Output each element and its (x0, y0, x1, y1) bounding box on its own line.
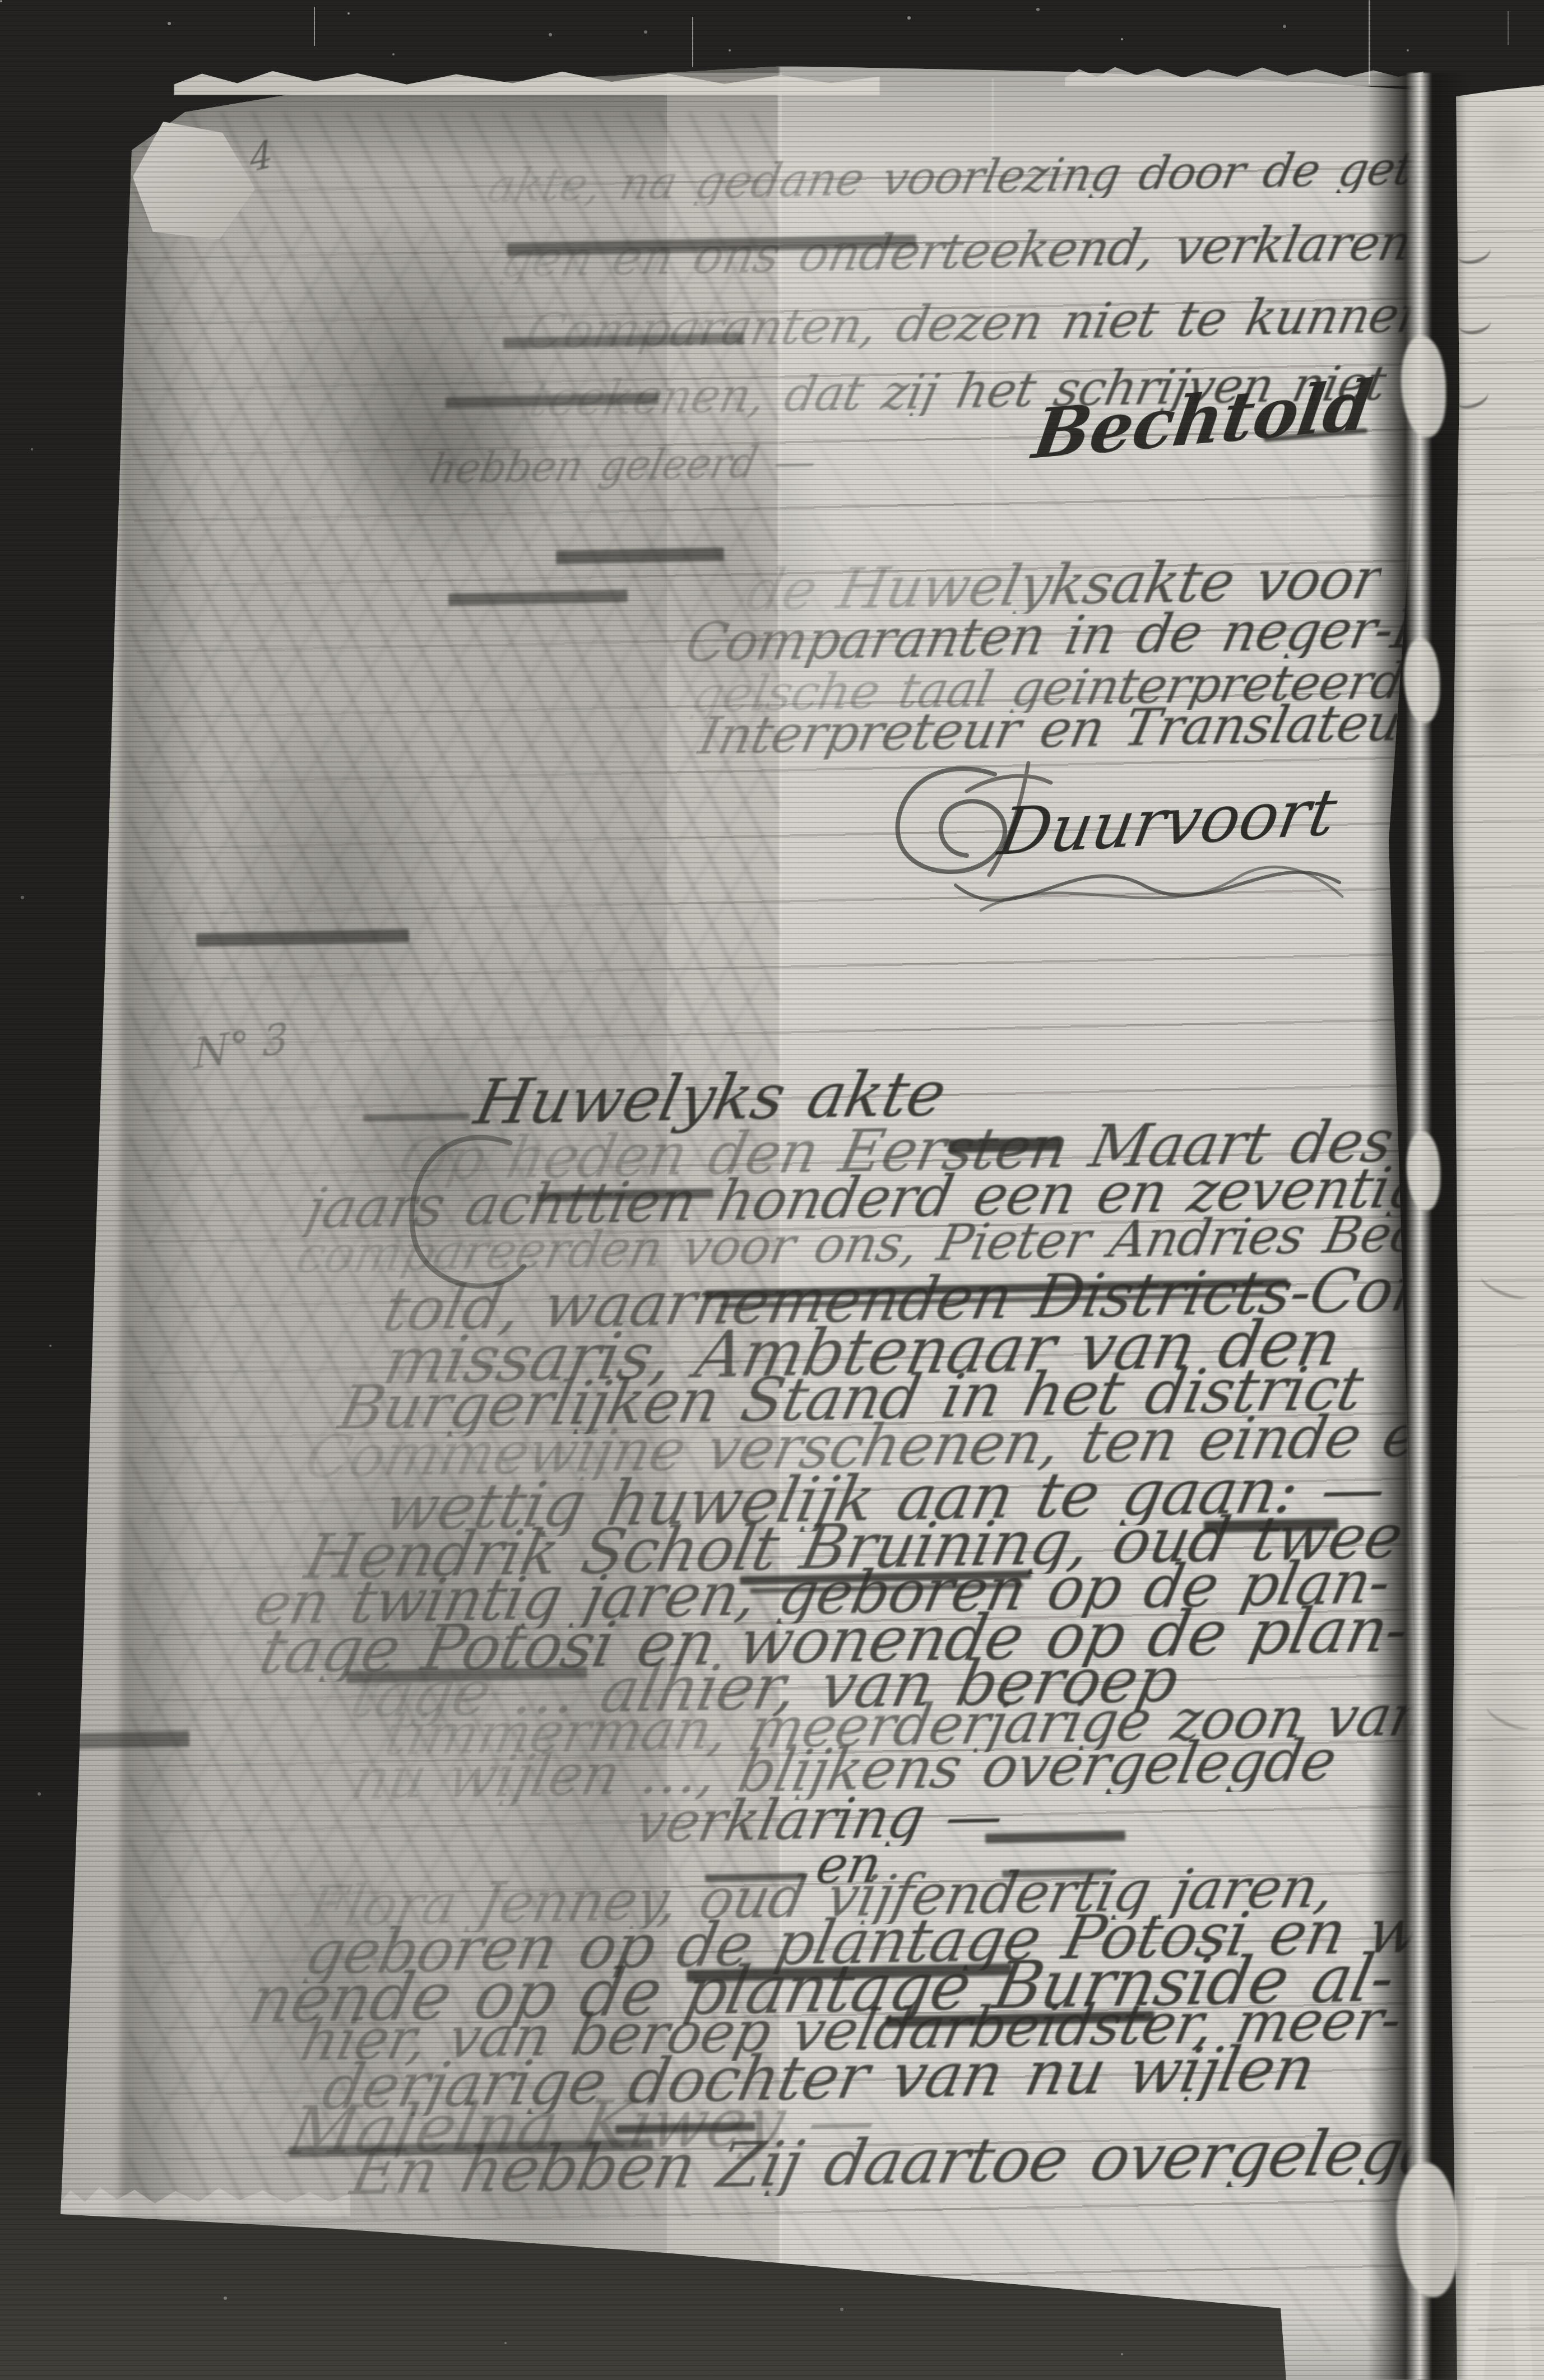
crease-line (992, 78, 994, 538)
act-line: nende op de plantage Burnside al- (244, 1946, 1400, 2033)
act-line: verklaring — (630, 1788, 1008, 1851)
dash-mark (1204, 1518, 1338, 1533)
ink-smear-bar (446, 393, 659, 408)
smudge-blob (213, 168, 605, 560)
act-line: hier, van beroep veldarbeidster, meer- (296, 1991, 1407, 2069)
heading-dash (363, 1113, 470, 1122)
closing-line: Comparanten, dezen niet te kunnen (522, 290, 1434, 356)
interpreter-line: de Huwelyksakte voor (742, 551, 1386, 619)
smudge-blob (291, 980, 583, 1328)
ink-smear-bar (503, 332, 744, 348)
underline-bar (740, 1570, 1031, 1585)
dash-mark (985, 1830, 1125, 1843)
mid-tonal-column (667, 73, 782, 2380)
act-line: En hebben Zij daartoe overgelegd: (345, 2120, 1468, 2205)
act-line: Flora Jenney, oud vijfendertig jaren, (302, 1860, 1340, 1936)
act-line: Hendrik Scholt Bruining, oud twee (300, 1505, 1408, 1588)
closing-line: akte, na gedane voorlezing door de getui… (484, 145, 1476, 210)
bright-tonal-column (778, 67, 1420, 2380)
dash-mark (615, 2122, 755, 2133)
dash-mark (1002, 1868, 1111, 1877)
act-line: wettig huwelijk aan te gaan: — (379, 1458, 1391, 1540)
smudge-blob (392, 2062, 673, 2286)
dust-specks (0, 0, 2, 2)
show-through-hatch (813, 168, 1401, 672)
dash-mark (705, 1872, 806, 1882)
closing-line: hebben geleerd — (425, 441, 819, 490)
scratch-line (1508, 11, 1509, 45)
smudge-blob (168, 644, 504, 1093)
interpreter-line: Interpreteur en Translateur (694, 696, 1430, 762)
act-line: nu wijlen …, blijkens overgelegde (346, 1732, 1341, 1809)
crease-line (1289, 146, 1290, 538)
act-line: geboren op de plantage Potosi en wo- (300, 1900, 1482, 1984)
ink-smear-bar (49, 1731, 190, 1749)
ink-smear-bar (507, 234, 916, 256)
ink-smear-bar (289, 2139, 653, 2158)
closing-line: gen en ons onderteekend, verklaren de (497, 216, 1496, 285)
bottom-torn-fringe (59, 2184, 350, 2216)
act-line: timmerman, meerderjarige zoon van (381, 1688, 1432, 1764)
ink-smear-bar (556, 547, 724, 564)
signature-swash-flourish (947, 843, 1351, 936)
strip-ink-marks (1457, 594, 1544, 796)
ink-smear-bar (346, 1666, 587, 1683)
act-line: Commewijne verschenen, ten einde een (300, 1405, 1495, 1486)
underline-bar (885, 2011, 1154, 2028)
scratch-line (692, 17, 693, 67)
act-line: Op heden den Eersten Maart des (394, 1112, 1398, 1189)
interpreter-signature: Duurvoort (994, 779, 1341, 865)
closing-signature: Bechtold (1029, 371, 1376, 469)
act-line: compareerden voor ons, Pieter Andries Be… (292, 1208, 1472, 1281)
smudge-blob (241, 1373, 588, 1821)
underline-bar (705, 1278, 1288, 1299)
interpreter-line: Comparanten in de neger-En- (681, 602, 1487, 671)
scan-background: akte, na gedane voorlezing door de getui… (0, 0, 1544, 2380)
smudge-blob (476, 1149, 712, 2380)
show-through-hatch (146, 224, 762, 2129)
main-page-sheet: akte, na gedane voorlezing door de getui… (0, 0, 1544, 2380)
act-line: tage Potosi en wonende op de plan- (254, 1598, 1413, 1684)
interpreter-line: gelsche taal geinterpreteerd (687, 657, 1408, 720)
act-line: tage … alhier, van beroep (345, 1648, 1183, 1727)
underline-bar (687, 1963, 1012, 1982)
left-edge-shadow (120, 78, 205, 2219)
scratch-line (314, 7, 315, 46)
underline-bar (537, 1188, 713, 1202)
ruled-lines (126, 103, 1476, 2347)
act-line: en (812, 1839, 885, 1892)
smudge-blob (168, 1793, 482, 2185)
act-line: derjarige dochter van nu wijlen (318, 2037, 1320, 2118)
act-heading: Huwelyks akte (470, 1062, 950, 1135)
smudge-blob (588, 364, 869, 756)
signature-monogram-flourish (883, 757, 1118, 886)
ink-smear-bar (448, 590, 628, 606)
underline-bar (750, 1583, 1023, 1593)
show-through-hatch (129, 112, 779, 2219)
act-number-note: N° 3 (193, 1017, 289, 1076)
closing-line: teekenen, dat zij het schrijven niet (525, 359, 1390, 424)
strip-ink-marks (1468, 101, 1544, 196)
smudge-blob (291, 314, 605, 605)
initial-flourish (392, 1118, 544, 1308)
act-line: told, waarnemenden Districts-Com- (378, 1259, 1476, 1341)
heading-dash (948, 1137, 1060, 1153)
act-line: missaris, Ambtenaar van den (379, 1310, 1346, 1393)
act-line: Burgerlijken Stand in het district (333, 1359, 1369, 1439)
underline-bar (720, 1292, 1269, 1309)
crease-line (778, 84, 780, 644)
show-through-hatch (729, 1261, 1412, 2353)
act-line: en twintig jaren, geboren op de plan- (250, 1552, 1396, 1634)
act-line: Malelna Kiwey — (283, 2086, 882, 2164)
ink-smear-bar (196, 929, 409, 947)
scratch-line (1369, 0, 1370, 84)
signature-flourish-dash (1264, 428, 1367, 442)
act-line: jaars achttien honderd een en zeventig (301, 1160, 1431, 1238)
